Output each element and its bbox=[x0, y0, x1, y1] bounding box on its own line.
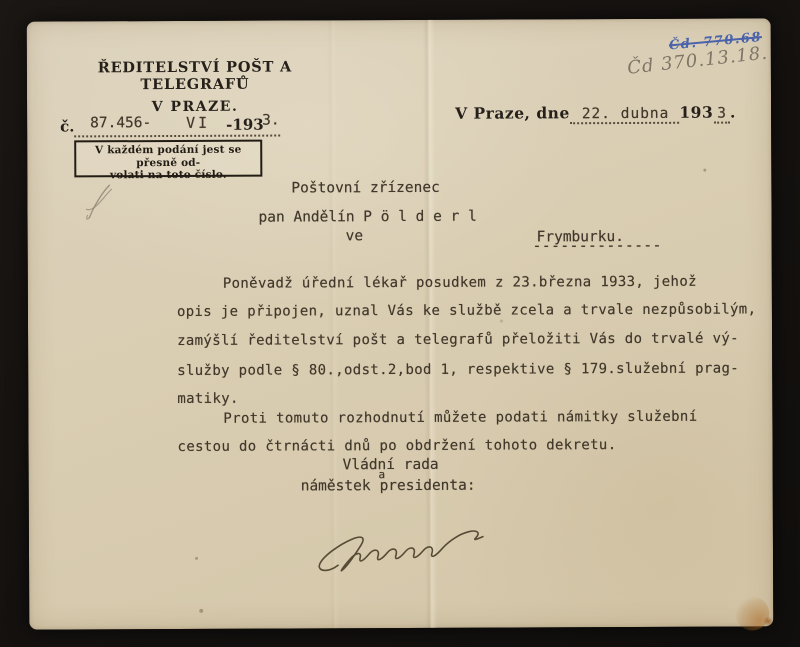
addressee-place-underline: -------------- bbox=[533, 238, 662, 255]
reference-label: č. bbox=[60, 117, 74, 135]
date-day-month: 22. dubna bbox=[582, 106, 670, 122]
paper-stain bbox=[735, 596, 769, 630]
body-line: služby podle § 80.,odst.2,bod 1, respekt… bbox=[177, 361, 739, 379]
addressee-preposition: ve bbox=[346, 228, 364, 244]
signature-scrawl bbox=[304, 522, 544, 578]
date-suffix-dot: . bbox=[730, 103, 736, 122]
typed-correction-letter: a bbox=[378, 468, 385, 481]
body-line: matiky. bbox=[177, 391, 239, 407]
notice-box: V každém podání jest se přesně od- volat… bbox=[74, 140, 262, 178]
reference-year-typed: 3. bbox=[262, 113, 280, 129]
body-line: cestou do čtrnácti dnů po obdržení tohot… bbox=[177, 437, 616, 455]
body-line: Proti tomuto rozhodnutí můžete podati ná… bbox=[223, 409, 697, 427]
paper-speck bbox=[195, 557, 198, 560]
paper-speck bbox=[500, 320, 503, 323]
letterhead-office-name: ŘEDITELSTVÍ POŠT A TELEGRAFŮ bbox=[67, 58, 323, 93]
addressee-name: pan Andělín P ö l d e r l bbox=[258, 209, 476, 226]
reference-dotted-rule: 87.456- VI -193 3. bbox=[74, 115, 280, 138]
reference-number: 87.456- bbox=[90, 115, 151, 131]
date-place-label: V Praze, dne bbox=[455, 103, 570, 123]
paper-speck bbox=[199, 609, 203, 613]
letterhead: ŘEDITELSTVÍ POŠT A TELEGRAFŮ V PRAZE. bbox=[67, 58, 323, 115]
date-year-printed: 193 bbox=[679, 103, 713, 122]
signer-title-word1: náměstek bbox=[301, 478, 371, 494]
date-year-typed-digit: 3 bbox=[717, 106, 727, 122]
addressee-role: Poštovní zřízenec bbox=[291, 180, 439, 197]
notice-text-line1: V každém podání jest se přesně od- bbox=[80, 144, 256, 170]
reference-section: VI bbox=[186, 114, 210, 132]
signer-title-line2: náměstekapresidenta: bbox=[301, 478, 476, 495]
pencil-check-mark bbox=[82, 179, 118, 223]
signer-title-line1: Vládní rada bbox=[343, 457, 439, 473]
signer-title-word2: presidenta: bbox=[380, 478, 476, 494]
body-line: zamýšlí ředitelství pošt a telegrafů pře… bbox=[177, 331, 739, 349]
letterhead-city: V PRAZE. bbox=[67, 98, 323, 115]
body-line: Poněvadž úřední lékař posudkem z 23.břez… bbox=[223, 274, 697, 292]
reference-number-line: č. 87.456- VI -193 3. bbox=[60, 114, 300, 137]
paper-speck bbox=[703, 169, 706, 172]
body-line: opis je připojen, uznal Vás ke službě zc… bbox=[177, 301, 756, 320]
reference-year-printed: -193 bbox=[226, 116, 264, 134]
document-page: ŘEDITELSTVÍ POŠT A TELEGRAFŮ V PRAZE. č.… bbox=[27, 18, 774, 629]
paper-stain bbox=[763, 616, 773, 626]
dateline: V Praze, dne 22. dubna 193 3 . bbox=[455, 102, 755, 129]
